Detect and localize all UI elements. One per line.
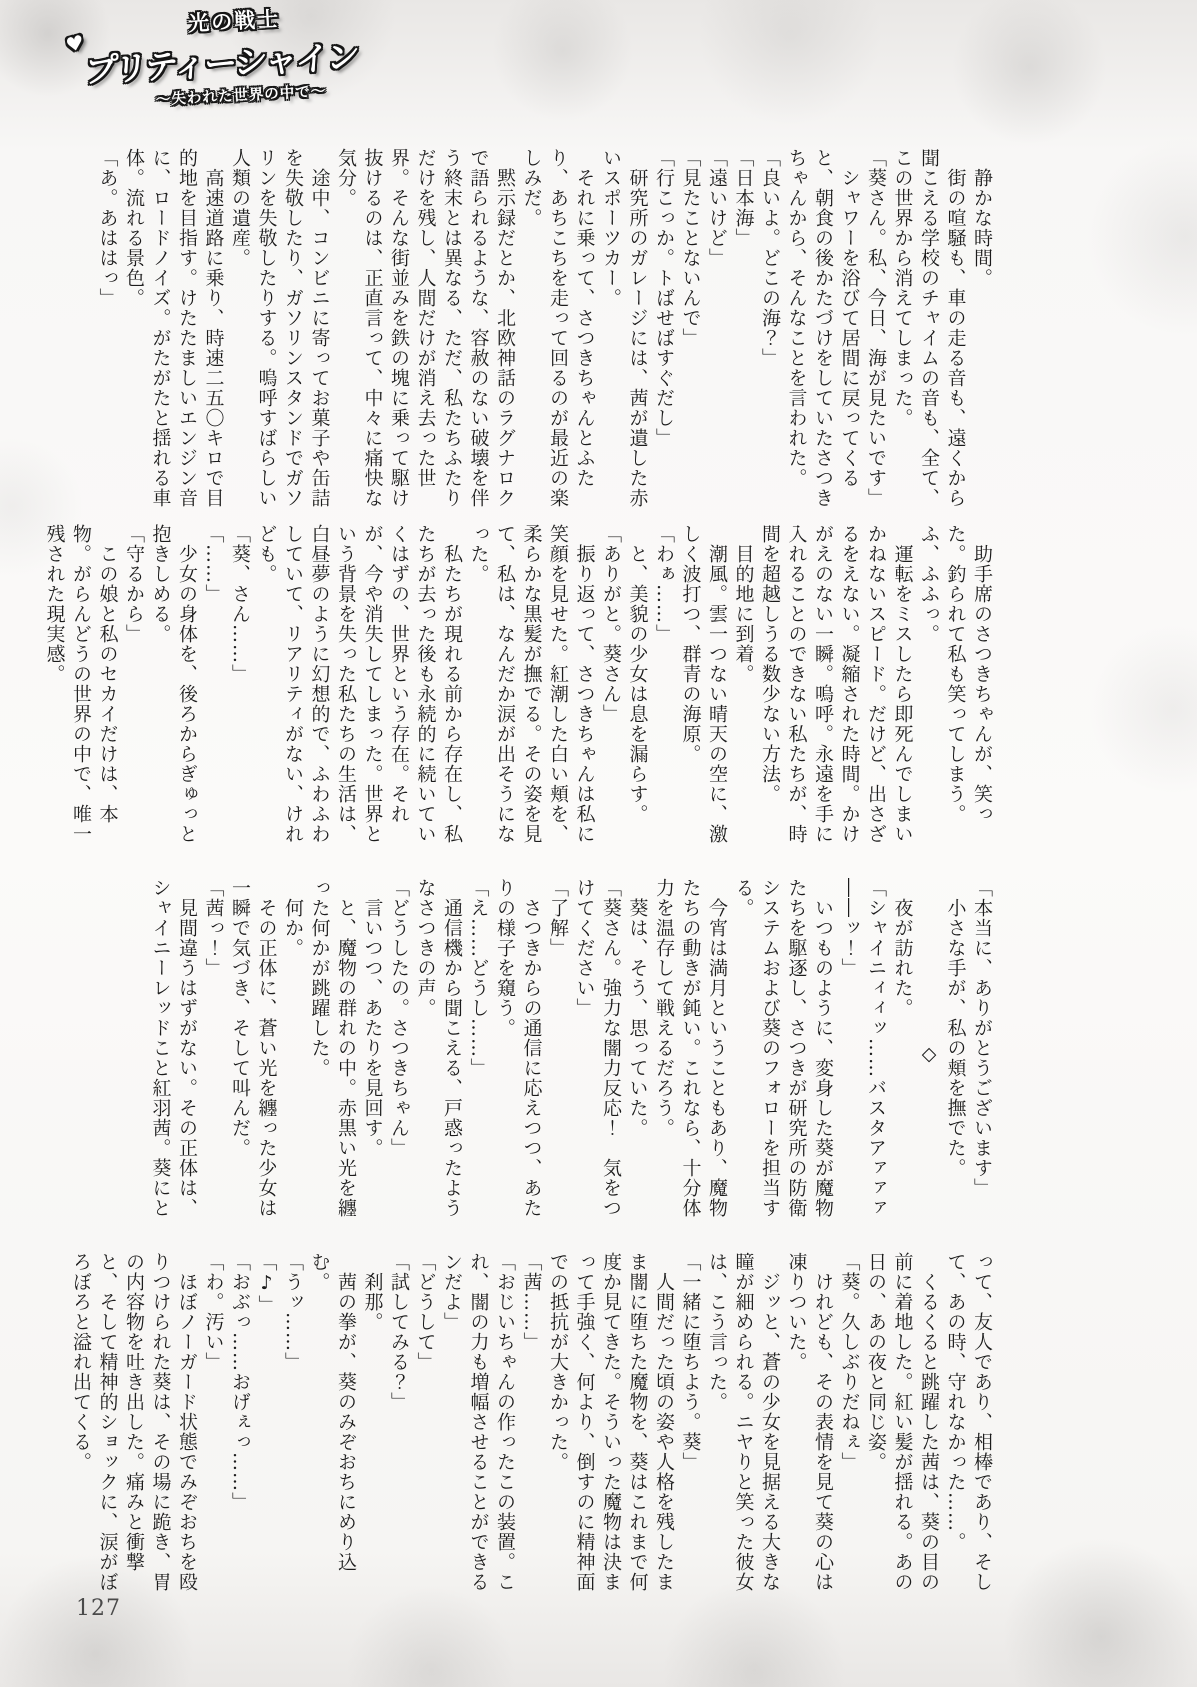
paragraph: と、魔物の群れの中。赤黒い光を纏った何かが跳躍した。 — [306, 878, 359, 1230]
paragraph: 葵は、そう、思っていた。 — [624, 878, 651, 1230]
paragraph: 「シャイニィィッ……バスタアァァァ――ッ！」 — [836, 878, 889, 1230]
heart-icon: ♥ — [64, 30, 85, 58]
paragraph: 少女の身体を、後ろからぎゅっと抱きしめる。 — [147, 524, 200, 862]
paragraph: 「見たことないんで」 — [677, 148, 704, 508]
paragraph: 夜が訪れた。 — [889, 878, 916, 1230]
paragraph: 「茜……」 — [518, 1252, 545, 1604]
paragraph: 通信機から聞こえる、戸惑ったようなさつきの声。 — [412, 878, 465, 1230]
paragraph: ジッと、蒼の少女を見据える大きな瞳が細められる。ニヤりと笑った彼女は、こう言った… — [704, 1252, 784, 1604]
series-logo: 光の戦士 ♥プリティーシャイン ～失われた世界の中で～ — [64, 0, 379, 114]
paragraph: 「遠いけど」 — [704, 148, 731, 508]
paragraph: 「葵さん。強力な闇力反応！ 気をつけてください」 — [571, 878, 624, 1230]
paragraph: と、美貌の少女は息を漏らす。 — [624, 524, 651, 862]
paragraph: 茜の拳が、葵のみぞおちにめり込む。 — [306, 1252, 359, 1604]
paragraph: 「♪」 — [253, 1252, 280, 1604]
paragraph: 「おじいちゃんの作ったこの装置。これ、闇の力も増幅させることができるンだよ」 — [439, 1252, 519, 1604]
paragraph: 「葵、さん……」 — [227, 524, 254, 862]
paragraph: 「うッ……」 — [280, 1252, 307, 1604]
paragraph: シャワーを浴びて居間に戻ってくると、朝食の後かたづけをしていたさつきちゃんから、… — [783, 148, 863, 508]
paragraph: 振り返って、さつきちゃんは私に笑顔を見せた。紅潮した白い頬を、柔らかな黒髪が撫で… — [465, 524, 598, 862]
paragraph: 静かな時間。 — [969, 148, 996, 508]
paragraph: 「行こっか。トばせばすぐだし」 — [651, 148, 678, 508]
paragraph: 潮風。雲一つない晴天の空に、激しく波打つ、群青の海原。 — [677, 524, 730, 862]
paragraph: 「おぶっ……おげぇっ……」 — [227, 1252, 254, 1604]
paragraph: その正体に、蒼い光を纏った少女は一瞬で気づき、そして叫んだ。 — [227, 878, 280, 1230]
paragraph: 街の喧騒も、車の走る音も、遠くから聞こえる学校のチャイムの音も、全て、この世界か… — [889, 148, 969, 508]
paragraph: 「日本海」 — [730, 148, 757, 508]
paragraph: 目的地に到着。 — [730, 524, 757, 862]
paragraph: それに乗って、さつきちゃんとふたり、あちこちを走って回るのが最近の楽しみだ。 — [518, 148, 598, 508]
paragraph: 「わ。汚い」 — [200, 1252, 227, 1604]
paragraph: 運転をミスしたら即死んでしまいかねないスピード。だけど、出さざるをえない。凝縮さ… — [757, 524, 916, 862]
text-band-1: 静かな時間。 街の喧騒も、車の走る音も、遠くから聞こえる学校のチャイムの音も、全… — [94, 148, 995, 508]
text-band-4: って、友人であり、相棒であり、そして、あの時、守れなかった……。 くるくると跳躍… — [68, 1252, 996, 1604]
paragraph: 私たちが現れる前から存在し、私たちが去った後も永続的に続いていくはずの、世界とい… — [253, 524, 465, 862]
novel-page: 光の戦士 ♥プリティーシャイン ～失われた世界の中で～ 静かな時間。 街の喧騒も… — [0, 0, 1197, 1687]
paragraph: 「どうして」 — [412, 1252, 439, 1604]
paragraph: 「一緒に堕ちよう。葵」 — [677, 1252, 704, 1604]
paragraph: 助手席のさつきちゃんが、笑った。釣られて私も笑ってしまう。ふ、ふふっ。 — [916, 524, 996, 862]
paragraph: この娘と私のセカイだけは、本物。がらんどうの世界の中で、唯一残された現実感。 — [41, 524, 121, 862]
paragraph: 「茜っ！」 — [200, 878, 227, 1230]
paragraph: 「え……どうし……」 — [465, 878, 492, 1230]
paragraph: 人間だった頃の姿や人格を残したまま闇に堕ちた魔物を、葵はこれまで何度か見てきた。… — [545, 1252, 678, 1604]
paragraph: 「……」 — [200, 524, 227, 862]
paragraph: って、友人であり、相棒であり、そして、あの時、守れなかった……。 — [942, 1252, 995, 1604]
paragraph: 「わぁ……」 — [651, 524, 678, 862]
paragraph: さつきからの通信に応えつつ、あたりの様子を窺う。 — [492, 878, 545, 1230]
paragraph: 黙示録だとか、北欧神話のラグナロクで語られるような、容赦のない破壊を伴う終末とは… — [333, 148, 519, 508]
paragraph: 高速道路に乗り、時速二五〇キロで目的地を目指す。けたたましいエンジン音に、ロード… — [121, 148, 227, 508]
paragraph: 「あ。あははっ」 — [94, 148, 121, 508]
paragraph: 途中、コンビニに寄ってお菓子や缶詰を失敬したり、ガソリンスタンドでガソリンを失敬… — [227, 148, 333, 508]
paragraph: 刹那。 — [359, 1252, 386, 1604]
paragraph: いつものように、変身した葵が魔物たちを駆逐し、さつきが研究所の防衛システムおよび… — [730, 878, 836, 1230]
page-number: 127 — [76, 1596, 121, 1621]
text-band-2: 助手席のさつきちゃんが、笑った。釣られて私も笑ってしまう。ふ、ふふっ。 運転をミ… — [41, 524, 995, 862]
paragraph: 「葵。久しぶりだねぇ」 — [836, 1252, 863, 1604]
paragraph: 見間違うはずがない。その正体は、シャイニーレッドこと紅羽茜。葵にと — [147, 878, 200, 1230]
paragraph: 言いつつ、あたりを見回す。 — [359, 878, 386, 1230]
paragraph: くるくると跳躍した茜は、葵の目の前に着地した。紅い髪が揺れる。あの日の、あの夜と… — [863, 1252, 943, 1604]
paragraph: 「守るから」 — [121, 524, 148, 862]
paragraph: 「試してみる？」 — [386, 1252, 413, 1604]
text-band-3: 「本当に、ありがとうございます」 小さな手が、私の頬を撫でた。◇ 夜が訪れた。「… — [147, 878, 995, 1230]
paragraph: 今宵は満月ということもあり、魔物たちの動きが鈍い。これなら、十分体力を温存して戦… — [651, 878, 731, 1230]
paragraph: 「良いよ。どこの海？」 — [757, 148, 784, 508]
paragraph: 「了解」 — [545, 878, 572, 1230]
paragraph: 「どうしたの。さつきちゃん」 — [386, 878, 413, 1230]
paragraph: 小さな手が、私の頬を撫でた。 — [942, 878, 969, 1230]
section-divider: ◇ — [916, 878, 943, 1230]
paragraph: ほぼノーガード状態でみぞおちを殴りつけられた葵は、その場に跪き、胃の内容物を吐き… — [68, 1252, 201, 1604]
paragraph: 研究所のガレージには、茜が遺した赤いスポーツカー。 — [598, 148, 651, 508]
paragraph: けれども、その表情を見て葵の心は凍りついた。 — [783, 1252, 836, 1604]
paragraph: 「本当に、ありがとうございます」 — [969, 878, 996, 1230]
paragraph: 「ありがと。葵さん」 — [598, 524, 625, 862]
paragraph: 何か。 — [280, 878, 307, 1230]
paragraph: 「葵さん。私、今日、海が見たいです」 — [863, 148, 890, 508]
